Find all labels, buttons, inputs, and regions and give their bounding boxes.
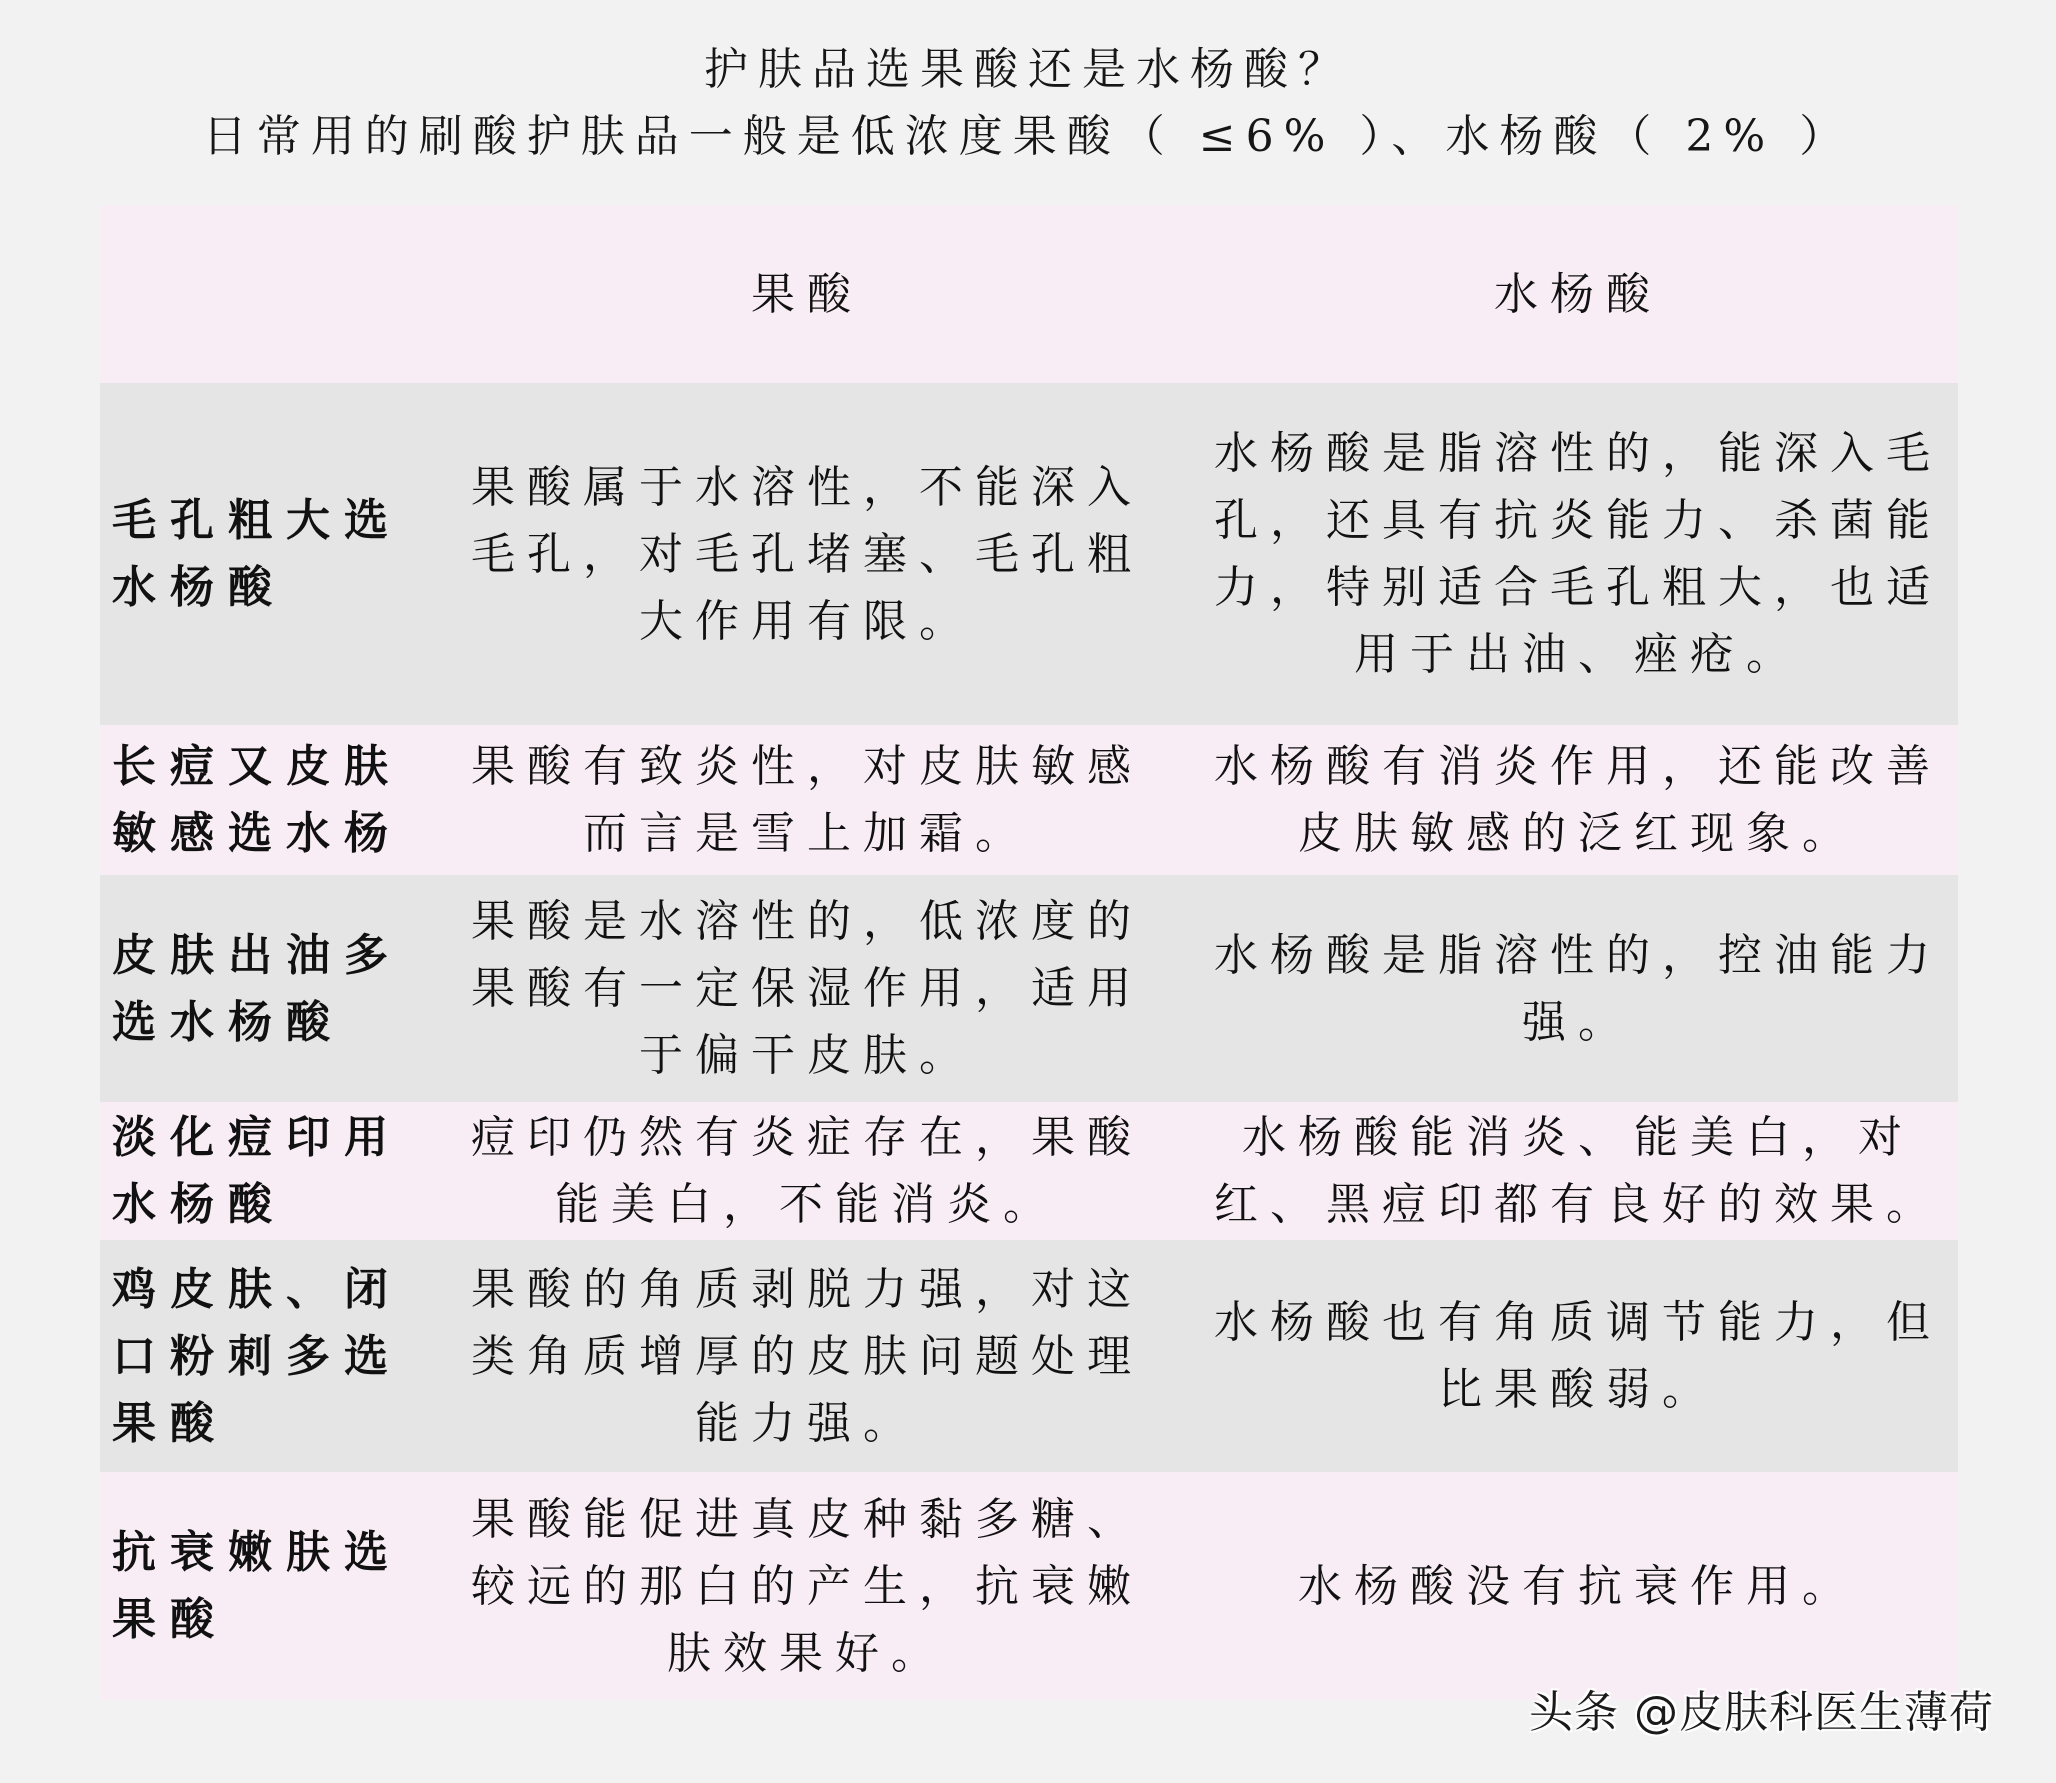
table-row: 淡化痘印用水杨酸 痘印仍然有炎症存在，果酸能美白，不能消炎。 水杨酸能消炎、能美… [100,1102,1958,1240]
header-cell-fruit-acid: 果酸 [420,205,1190,383]
table-row: 毛孔粗大选水杨酸 果酸属于水溶性，不能深入毛孔，对毛孔堵塞、毛孔粗大作用有限。 … [100,383,1958,725]
watermark: 头条 @皮肤科医生薄荷 [1529,1676,1994,1740]
comparison-table: 果酸 水杨酸 毛孔粗大选水杨酸 果酸属于水溶性，不能深入毛孔，对毛孔堵塞、毛孔粗… [100,205,1958,1700]
salicylic-acid-cell: 水杨酸也有角质调节能力，但比果酸弱。 [1190,1240,1958,1472]
row-label: 皮肤出油多选水杨酸 [100,875,420,1102]
page-title: 护肤品选果酸还是水杨酸？ [0,40,2056,100]
fruit-acid-cell: 果酸的角质剥脱力强，对这类角质增厚的皮肤问题处理能力强。 [420,1240,1190,1472]
table-header-row: 果酸 水杨酸 [100,205,1958,383]
salicylic-acid-cell: 水杨酸是脂溶性的，能深入毛孔，还具有抗炎能力、杀菌能力，特别适合毛孔粗大，也适用… [1190,383,1958,725]
row-label: 毛孔粗大选水杨酸 [100,383,420,725]
header-cell-salicylic-acid: 水杨酸 [1190,205,1958,383]
table-row: 长痘又皮肤敏感选水杨酸 果酸有致炎性，对皮肤敏感而言是雪上加霜。 水杨酸有消炎作… [100,725,1958,875]
row-label: 长痘又皮肤敏感选水杨酸 [100,725,420,875]
table-row: 鸡皮肤、闭口粉刺多选果酸 果酸的角质剥脱力强，对这类角质增厚的皮肤问题处理能力强… [100,1240,1958,1472]
row-label: 抗衰嫩肤选果酸 [100,1472,420,1700]
salicylic-acid-cell: 水杨酸没有抗衰作用。 [1190,1472,1958,1700]
fruit-acid-cell: 果酸能促进真皮种黏多糖、较远的那白的产生，抗衰嫩肤效果好。 [420,1472,1190,1700]
salicylic-acid-cell: 水杨酸有消炎作用，还能改善皮肤敏感的泛红现象。 [1190,725,1958,875]
table-row: 皮肤出油多选水杨酸 果酸是水溶性的，低浓度的果酸有一定保湿作用，适用于偏干皮肤。… [100,875,1958,1102]
fruit-acid-cell: 果酸有致炎性，对皮肤敏感而言是雪上加霜。 [420,725,1190,875]
table-row: 抗衰嫩肤选果酸 果酸能促进真皮种黏多糖、较远的那白的产生，抗衰嫩肤效果好。 水杨… [100,1472,1958,1700]
row-label: 鸡皮肤、闭口粉刺多选果酸 [100,1240,420,1472]
page-subtitle: 日常用的刷酸护肤品一般是低浓度果酸（ ≤6% ）、水杨酸（ 2% ） [0,107,2056,167]
salicylic-acid-cell: 水杨酸能消炎、能美白，对红、黑痘印都有良好的效果。 [1190,1102,1958,1240]
header-cell-empty [100,205,420,383]
fruit-acid-cell: 果酸是水溶性的，低浓度的果酸有一定保湿作用，适用于偏干皮肤。 [420,875,1190,1102]
fruit-acid-cell: 果酸属于水溶性，不能深入毛孔，对毛孔堵塞、毛孔粗大作用有限。 [420,383,1190,725]
fruit-acid-cell: 痘印仍然有炎症存在，果酸能美白，不能消炎。 [420,1102,1190,1240]
salicylic-acid-cell: 水杨酸是脂溶性的，控油能力强。 [1190,875,1958,1102]
row-label: 淡化痘印用水杨酸 [100,1102,420,1240]
